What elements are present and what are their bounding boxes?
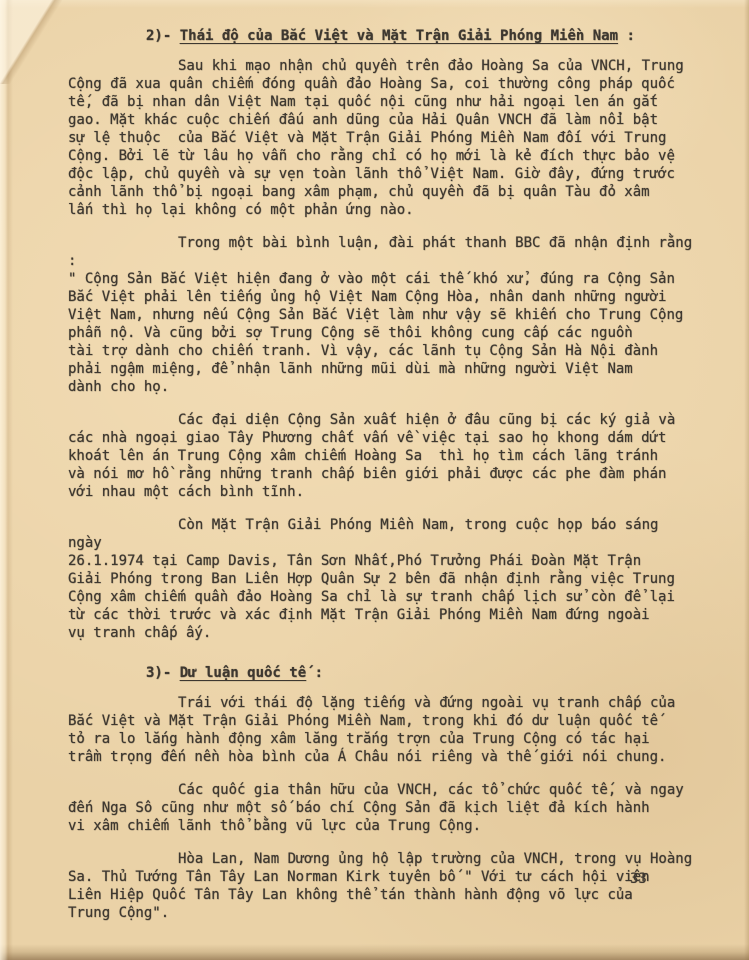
section-heading-international-opinion: 3)- Dư luận quốc tế : bbox=[146, 664, 700, 682]
page-content: 2)- Thái độ của Bắc Việt và Mặt Trận Giả… bbox=[68, 27, 700, 922]
heading-number: 3)- bbox=[146, 665, 180, 681]
heading-colon: : bbox=[618, 28, 635, 44]
heading-number: 2)- bbox=[146, 28, 180, 44]
paragraph: Còn Mặt Trận Giải Phóng Miền Nam, trong … bbox=[68, 516, 700, 642]
paragraph: Trong một bài bình luận, đài phát thanh … bbox=[68, 234, 700, 396]
scanned-page: 2)- Thái độ của Bắc Việt và Mặt Trận Giả… bbox=[0, 0, 749, 960]
heading-title: Thái độ của Bắc Việt và Mặt Trận Giải Ph… bbox=[180, 28, 618, 44]
paragraph: Hòa Lan, Nam Dương ủng hộ lập trường của… bbox=[68, 850, 700, 922]
paragraph: Các quốc gia thân hữu của VNCH, các tổ c… bbox=[68, 781, 700, 835]
paragraph: Các đại diện Cộng Sản xuất hiện ở đâu cũ… bbox=[68, 411, 700, 501]
section-heading-north-vietnam-attitude: 2)- Thái độ của Bắc Việt và Mặt Trận Giả… bbox=[146, 27, 700, 45]
paragraph: Trái với thái độ lặng tiếng và đứng ngoà… bbox=[68, 694, 700, 766]
page-corner-crease bbox=[0, 0, 62, 84]
heading-title: Dư luận quốc tế bbox=[180, 665, 306, 681]
paragraph: Sau khi mạo nhận chủ quyền trên đảo Hoàn… bbox=[68, 57, 700, 219]
heading-colon: : bbox=[306, 665, 323, 681]
page-number: 33 bbox=[630, 871, 647, 887]
